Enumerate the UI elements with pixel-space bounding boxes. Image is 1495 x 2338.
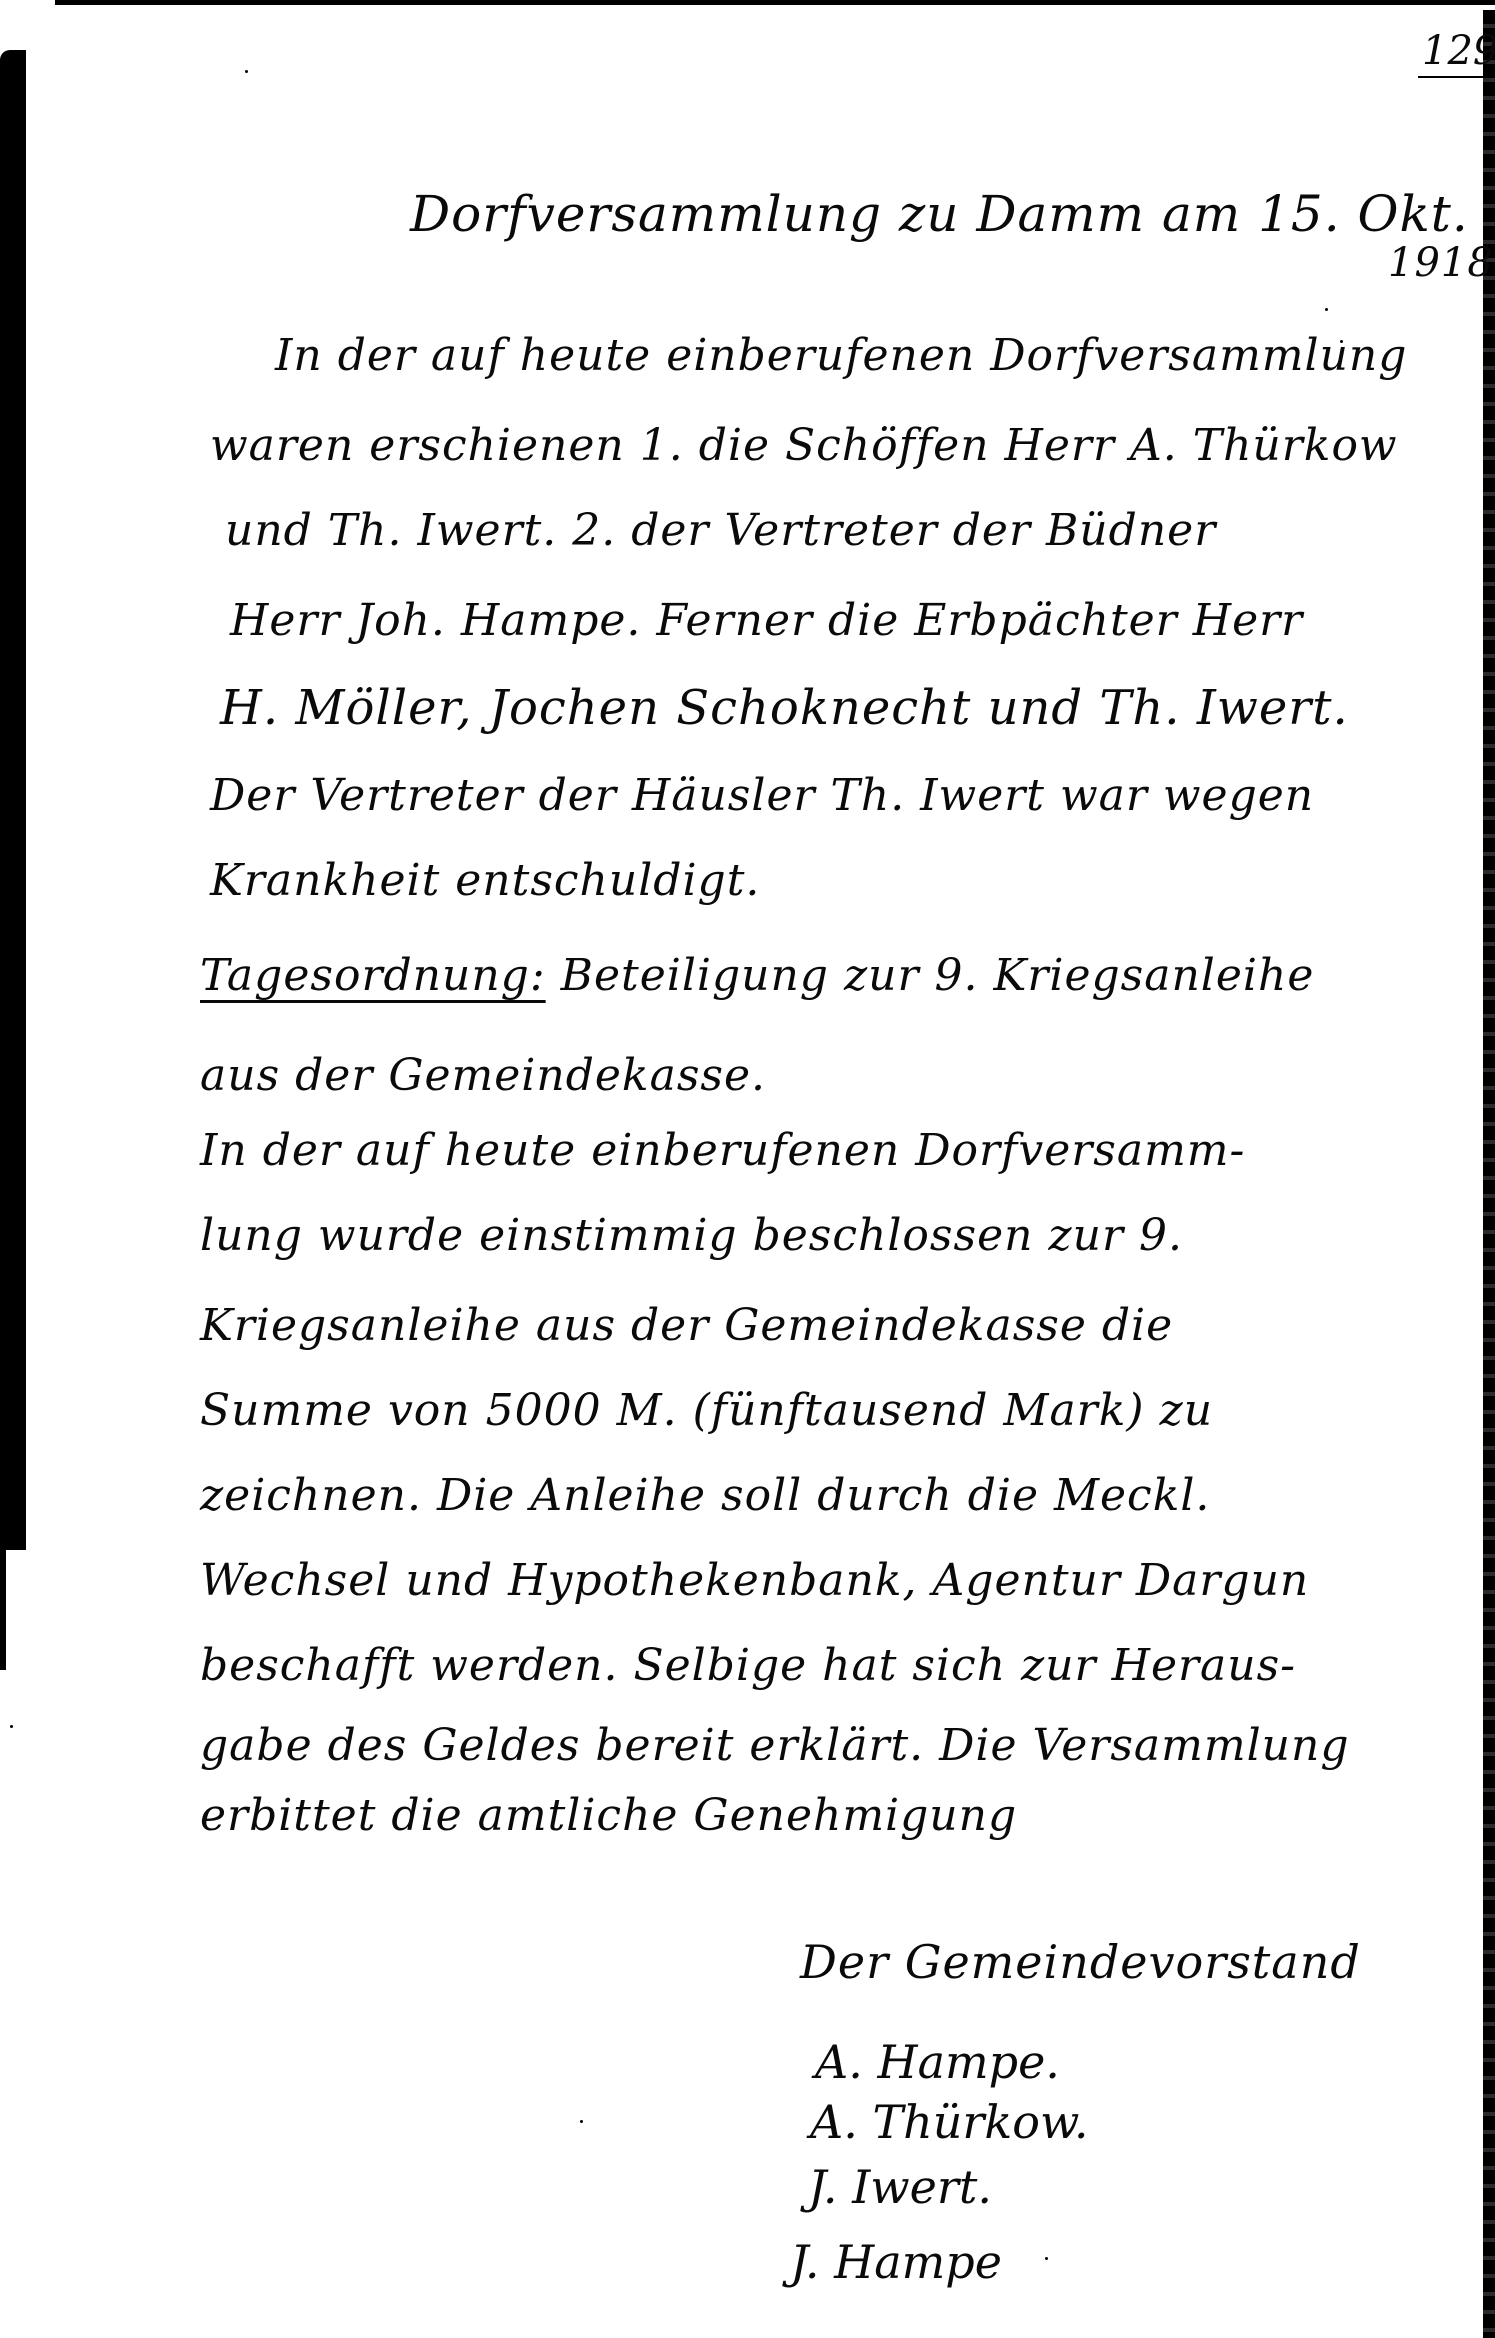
attendance-line: H. Möller, Jochen Schoknecht und Th. Iwe… bbox=[220, 680, 1349, 736]
resolution-line: zeichnen. Die Anleihe soll durch die Mec… bbox=[200, 1470, 1210, 1521]
scan-speck bbox=[1045, 2257, 1048, 2260]
resolution-line: erbittet die amtliche Genehmigung bbox=[200, 1790, 1017, 1841]
signature-a-thuerkow: A. Thürkow. bbox=[810, 2095, 1089, 2149]
attendance-line: Herr Joh. Hampe. Ferner die Erbpächter H… bbox=[230, 595, 1303, 646]
agenda-text: Beteiligung zur 9. Kriegsanleihe bbox=[561, 950, 1315, 1001]
attendance-line-text: und Th. Iwert. 2. der Vertreter der Büdn… bbox=[225, 505, 1216, 556]
resolution-line: In der auf heute einberufenen Dorfversam… bbox=[200, 1125, 1245, 1176]
scan-binding-shadow-left bbox=[0, 50, 26, 1550]
agenda-line: Tagesordnung: Beteiligung zur 9. Kriegsa… bbox=[200, 950, 1314, 1001]
signature-j-iwert: J. Iwert. bbox=[808, 2160, 992, 2214]
scan-speck bbox=[1325, 308, 1328, 311]
resolution-line: Kriegsanleihe aus der Gemeindekasse die bbox=[200, 1300, 1173, 1351]
scan-speck bbox=[10, 1725, 13, 1728]
scan-page-edge-right bbox=[1483, 10, 1495, 2338]
resolution-line: beschafft werden. Selbige hat sich zur H… bbox=[200, 1640, 1296, 1691]
agenda-continuation: aus der Gemeindekasse. bbox=[200, 1050, 766, 1101]
attendance-line: Krankheit entschuldigt. bbox=[210, 855, 760, 906]
signature-j-hampe: J. Hampe bbox=[790, 2235, 1002, 2289]
scan-binding-shadow-left-lower bbox=[0, 1500, 6, 1670]
resolution-line: Wechsel und Hypothekenbank, Agentur Darg… bbox=[200, 1555, 1309, 1606]
signature-heading: Der Gemeindevorstand bbox=[800, 1935, 1361, 1989]
signature-a-hampe: A. Hampe. bbox=[815, 2035, 1060, 2089]
page-number: 129. bbox=[1418, 28, 1495, 78]
scan-speck bbox=[245, 70, 248, 73]
attendance-line: Der Vertreter der Häusler Th. Iwert war … bbox=[210, 770, 1314, 821]
scan-top-edge bbox=[55, 0, 1495, 5]
document-title: Dorfversammlung zu Damm am 15. Okt. bbox=[410, 185, 1469, 243]
scan-speck bbox=[580, 2120, 583, 2123]
attendance-line: und Th. Iwert. 2. der Vertreter der Büdn… bbox=[225, 505, 1216, 556]
scan-speck bbox=[1340, 340, 1343, 343]
document-title-year: 1918 bbox=[1388, 240, 1494, 286]
attendance-line: waren erschienen 1. die Schöffen Herr A.… bbox=[210, 420, 1398, 471]
agenda-label: Tagesordnung: bbox=[200, 950, 546, 1001]
attendance-line: In der auf heute einberufenen Dorfversam… bbox=[275, 330, 1407, 381]
resolution-line: lung wurde einstimmig beschlossen zur 9. bbox=[200, 1210, 1183, 1261]
resolution-line: Summe von 5000 M. (fünftausend Mark) zu bbox=[200, 1385, 1213, 1436]
resolution-line: gabe des Geldes bereit erklärt. Die Vers… bbox=[200, 1720, 1350, 1771]
